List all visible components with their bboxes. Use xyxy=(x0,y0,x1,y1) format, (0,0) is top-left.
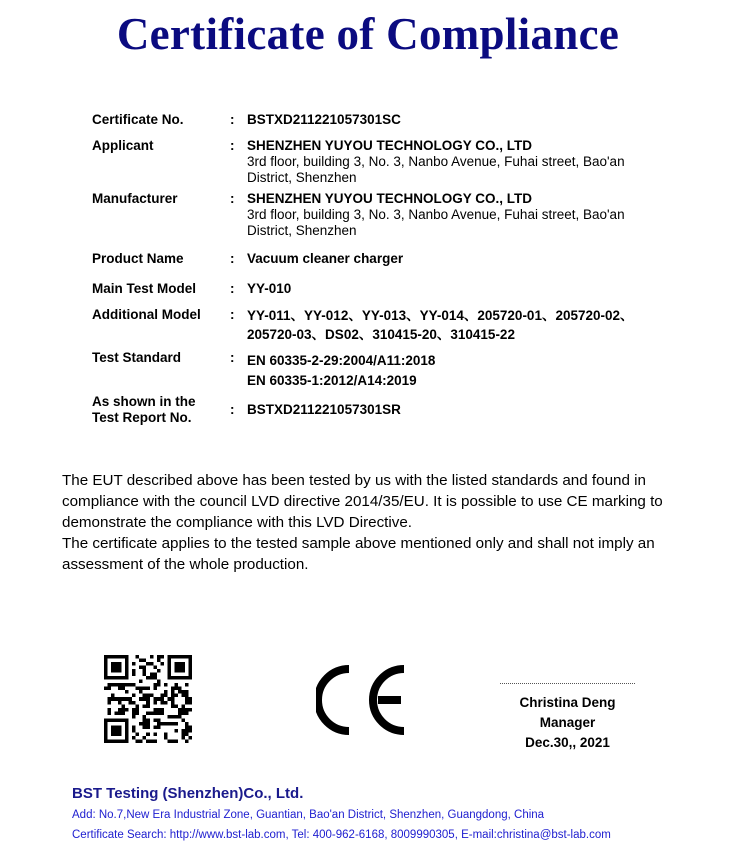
field-label-line-1: As shown in the xyxy=(92,394,227,410)
field-label: Certificate No. xyxy=(92,112,227,128)
applicant-address-2: District, Shenzhen xyxy=(247,170,687,186)
product-name: Vacuum cleaner charger xyxy=(247,251,687,267)
qr-code-icon xyxy=(100,655,196,743)
test-standard-2: EN 60335-1:2012/A14:2019 xyxy=(247,371,687,390)
applicant-name: SHENZHEN YUYOU TECHNOLOGY CO., LTD xyxy=(247,138,687,154)
main-test-model: YY-010 xyxy=(247,281,687,297)
statement-paragraph-1: The EUT described above has been tested … xyxy=(62,470,687,533)
signatory-role: Manager xyxy=(500,713,635,733)
field-label-line-2: Test Report No. xyxy=(92,410,227,426)
statement-paragraph-2: The certificate applies to the tested sa… xyxy=(62,533,687,575)
field-label: As shown in the Test Report No. xyxy=(92,394,227,426)
field-value: Vacuum cleaner charger xyxy=(247,251,687,267)
footer-contact: Certificate Search: http://www.bst-lab.c… xyxy=(72,829,611,841)
signature-block: Christina Deng Manager Dec.30,, 2021 xyxy=(500,683,635,753)
certificate-number: BSTXD211221057301SC xyxy=(247,112,687,128)
field-colon: : xyxy=(230,350,235,366)
field-colon: : xyxy=(230,281,235,297)
field-label: Product Name xyxy=(92,251,227,267)
field-label: Manufacturer xyxy=(92,191,227,207)
test-standard-1: EN 60335-2-29:2004/A11:2018 xyxy=(247,351,687,370)
field-label: Additional Model xyxy=(92,307,227,323)
field-colon: : xyxy=(230,307,235,323)
field-label: Main Test Model xyxy=(92,281,227,297)
field-label: Applicant xyxy=(92,138,227,154)
manufacturer-name: SHENZHEN YUYOU TECHNOLOGY CO., LTD xyxy=(247,191,687,207)
additional-models-line-2: 205720-03、DS02、310415-20、310415-22 xyxy=(247,324,687,345)
footer-company: BST Testing (Shenzhen)Co., Ltd. xyxy=(72,785,303,802)
field-colon: : xyxy=(230,251,235,267)
manufacturer-address-2: District, Shenzhen xyxy=(247,223,687,239)
field-value: YY-010 xyxy=(247,281,687,297)
field-value: EN 60335-2-29:2004/A11:2018 EN 60335-1:2… xyxy=(247,350,687,390)
field-label: Test Standard xyxy=(92,350,227,366)
applicant-address-1: 3rd floor, building 3, No. 3, Nanbo Aven… xyxy=(247,154,687,170)
test-report-number: BSTXD211221057301SR xyxy=(247,402,687,418)
field-value: SHENZHEN YUYOU TECHNOLOGY CO., LTD 3rd f… xyxy=(247,138,687,186)
signature-line xyxy=(500,683,635,684)
field-value: BSTXD211221057301SC xyxy=(247,112,687,128)
certificate-title: Certificate of Compliance xyxy=(0,8,736,60)
manufacturer-address-1: 3rd floor, building 3, No. 3, Nanbo Aven… xyxy=(247,207,687,223)
ce-mark-icon xyxy=(316,665,411,735)
additional-models-line-1: YY-011、YY-012、YY-013、YY-014、205720-01、20… xyxy=(247,305,687,326)
compliance-statement: The EUT described above has been tested … xyxy=(62,470,687,575)
field-value: BSTXD211221057301SR xyxy=(247,402,687,418)
field-colon: : xyxy=(230,402,235,418)
field-value: YY-011、YY-012、YY-013、YY-014、205720-01、20… xyxy=(247,307,687,345)
footer-address: Add: No.7,New Era Industrial Zone, Guant… xyxy=(72,809,544,821)
field-value: SHENZHEN YUYOU TECHNOLOGY CO., LTD 3rd f… xyxy=(247,191,687,239)
field-colon: : xyxy=(230,138,235,154)
field-colon: : xyxy=(230,112,235,128)
signatory-name: Christina Deng xyxy=(500,693,635,713)
signature-date: Dec.30,, 2021 xyxy=(500,733,635,753)
field-colon: : xyxy=(230,191,235,207)
